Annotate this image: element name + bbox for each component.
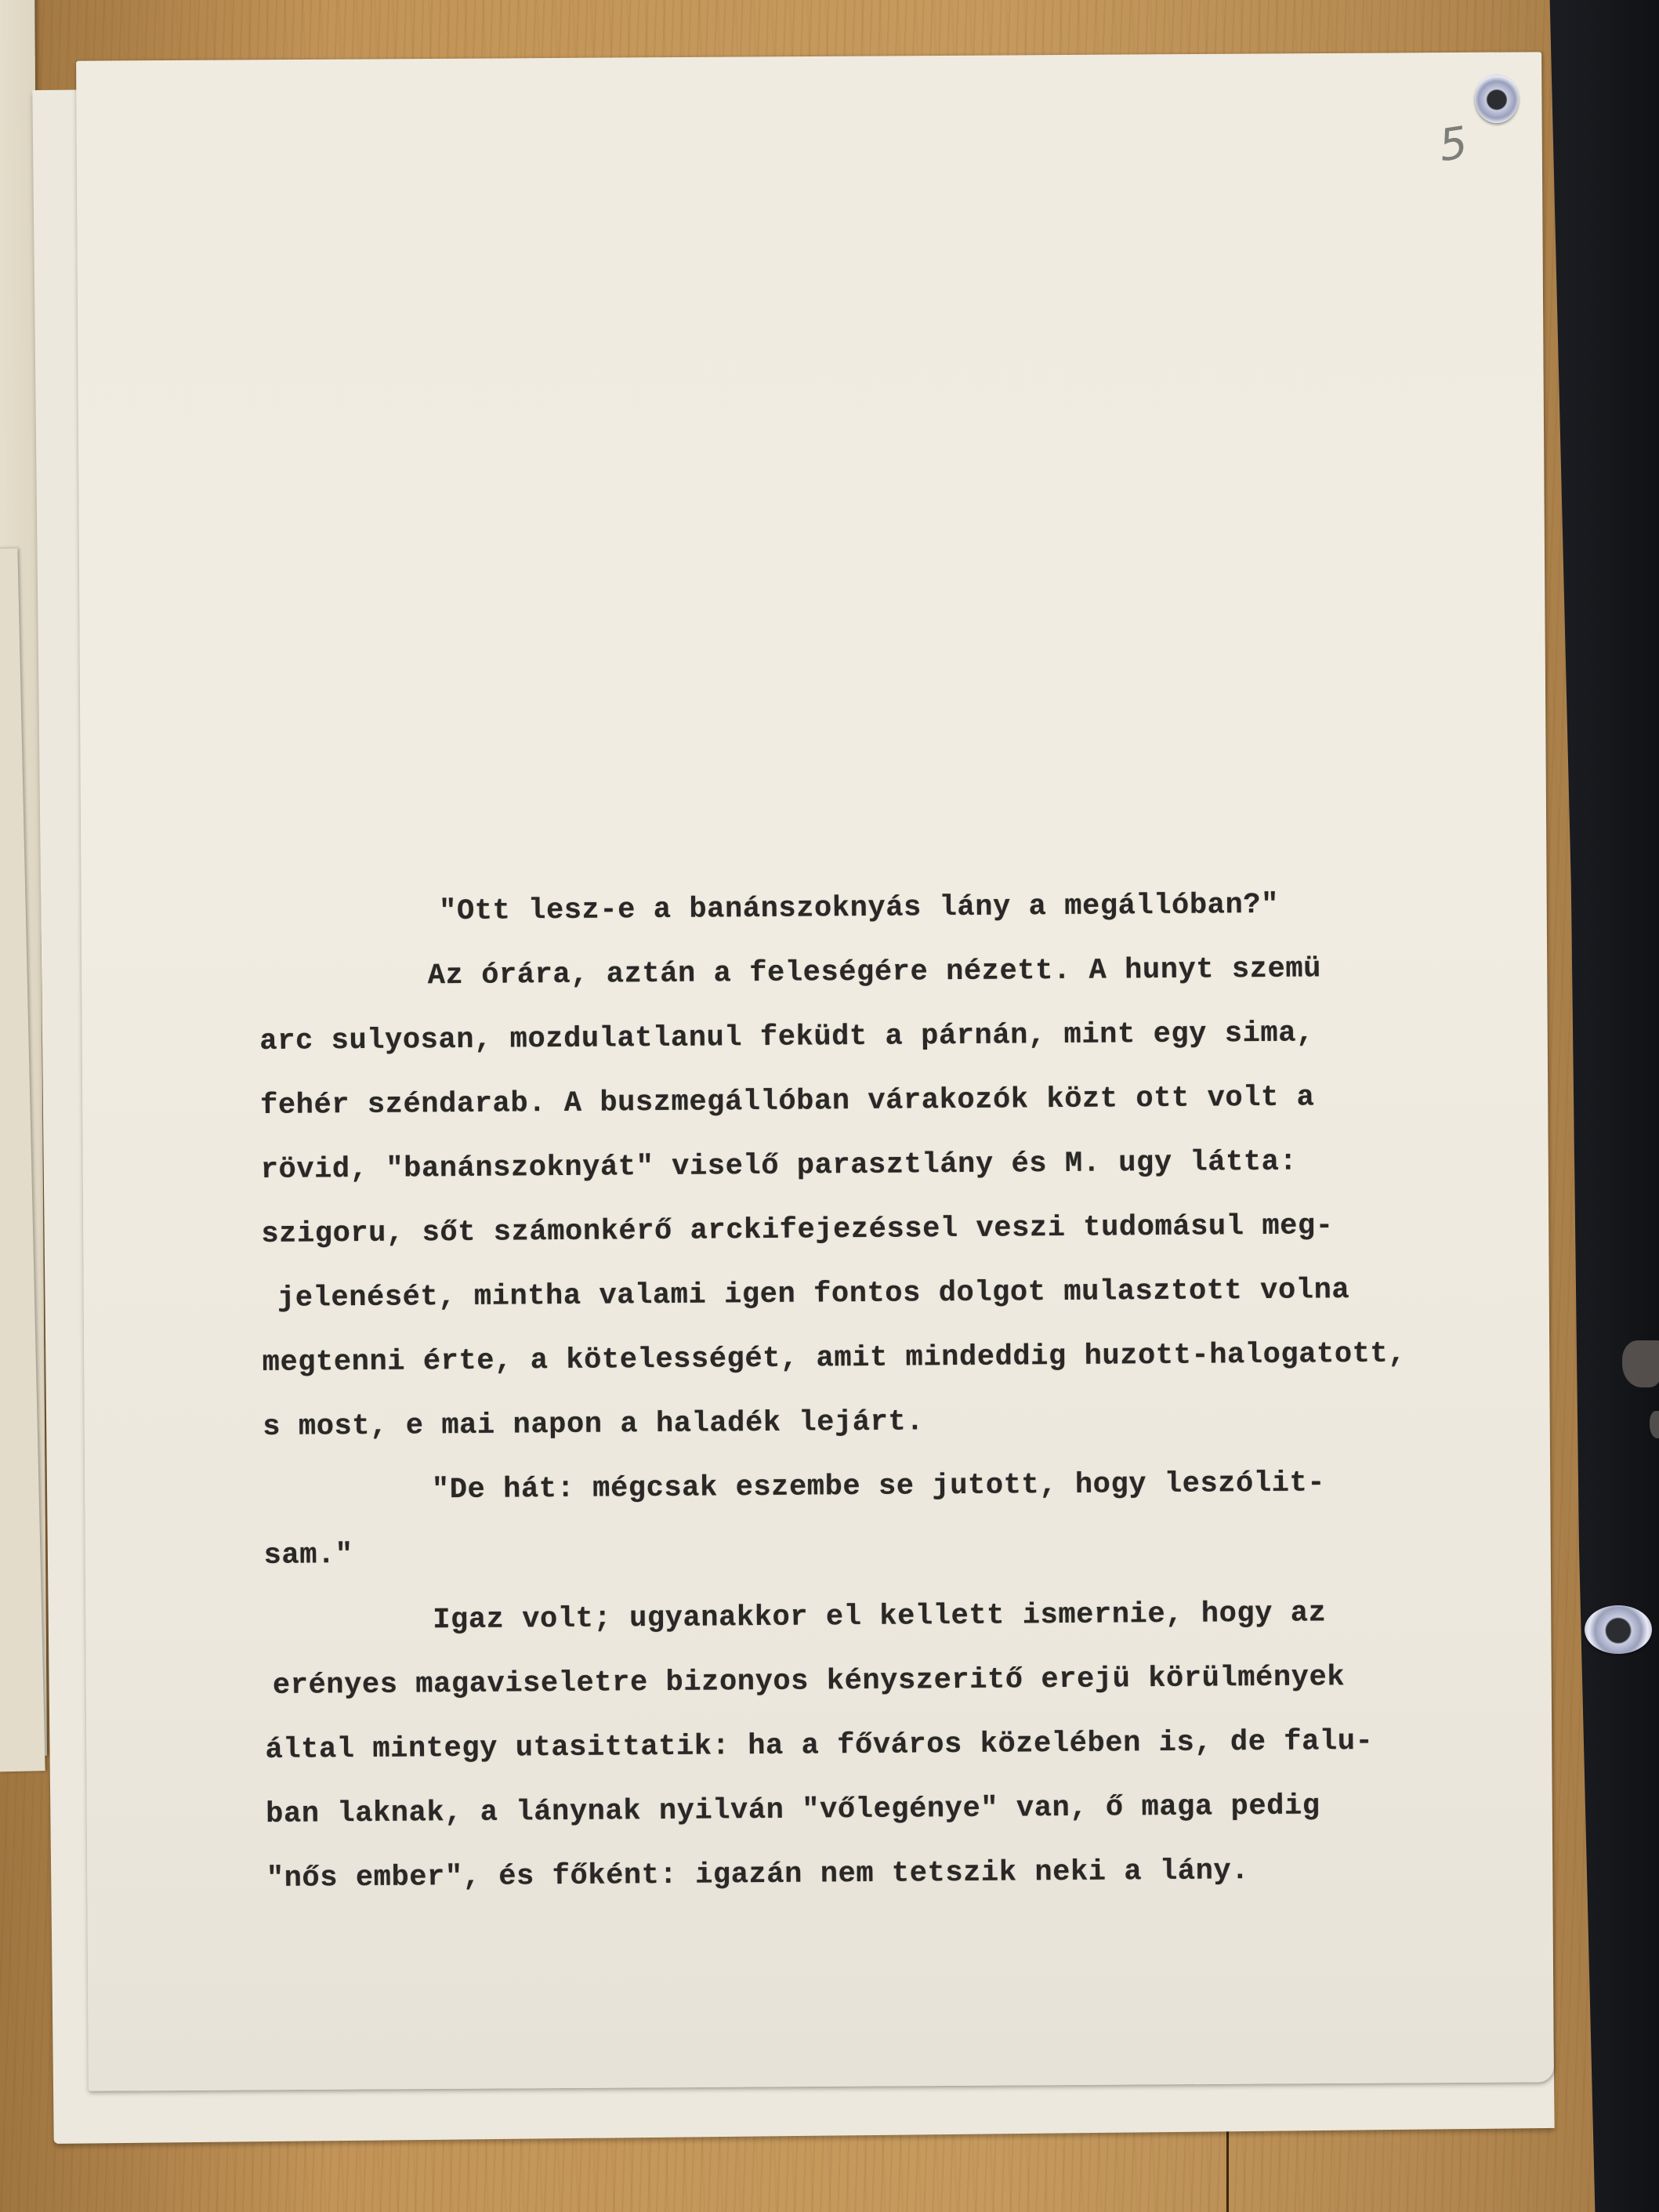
metal-grommet [1475,74,1519,123]
text-line: ban laknak, a lánynak nyilván "vőlegénye… [266,1786,1320,1834]
text-line: "De hát: mégcsak eszembe se jutott, hogy… [432,1463,1326,1510]
text-line: Igaz volt; ugyanakkor el kellett ismerni… [433,1594,1327,1640]
text-line: rövid, "banánszoknyát" viselő parasztlán… [261,1143,1298,1190]
text-line: sam." [263,1536,353,1576]
text-line: fehér széndarab. A buszmegállóban várako… [260,1078,1315,1126]
desk-stain [1622,1340,1659,1387]
text-line: arc sulyosan, mozdulatlanul feküdt a pár… [259,1014,1314,1061]
metal-grommet [1585,1605,1652,1654]
desk-crack [1226,2124,1229,2212]
text-line: "Ott lesz-e a banánszoknyás lány a megál… [439,886,1279,931]
typewritten-page: 5 [76,52,1554,2091]
text-line: "nős ember", és főként: igazán nem tetsz… [266,1851,1250,1898]
text-line: Az órára, aztán a feleségére nézett. A h… [428,949,1322,995]
text-line: s most, e mai napon a haladék lejárt. [263,1402,924,1447]
handwritten-page-number: 5 [1436,118,1472,172]
